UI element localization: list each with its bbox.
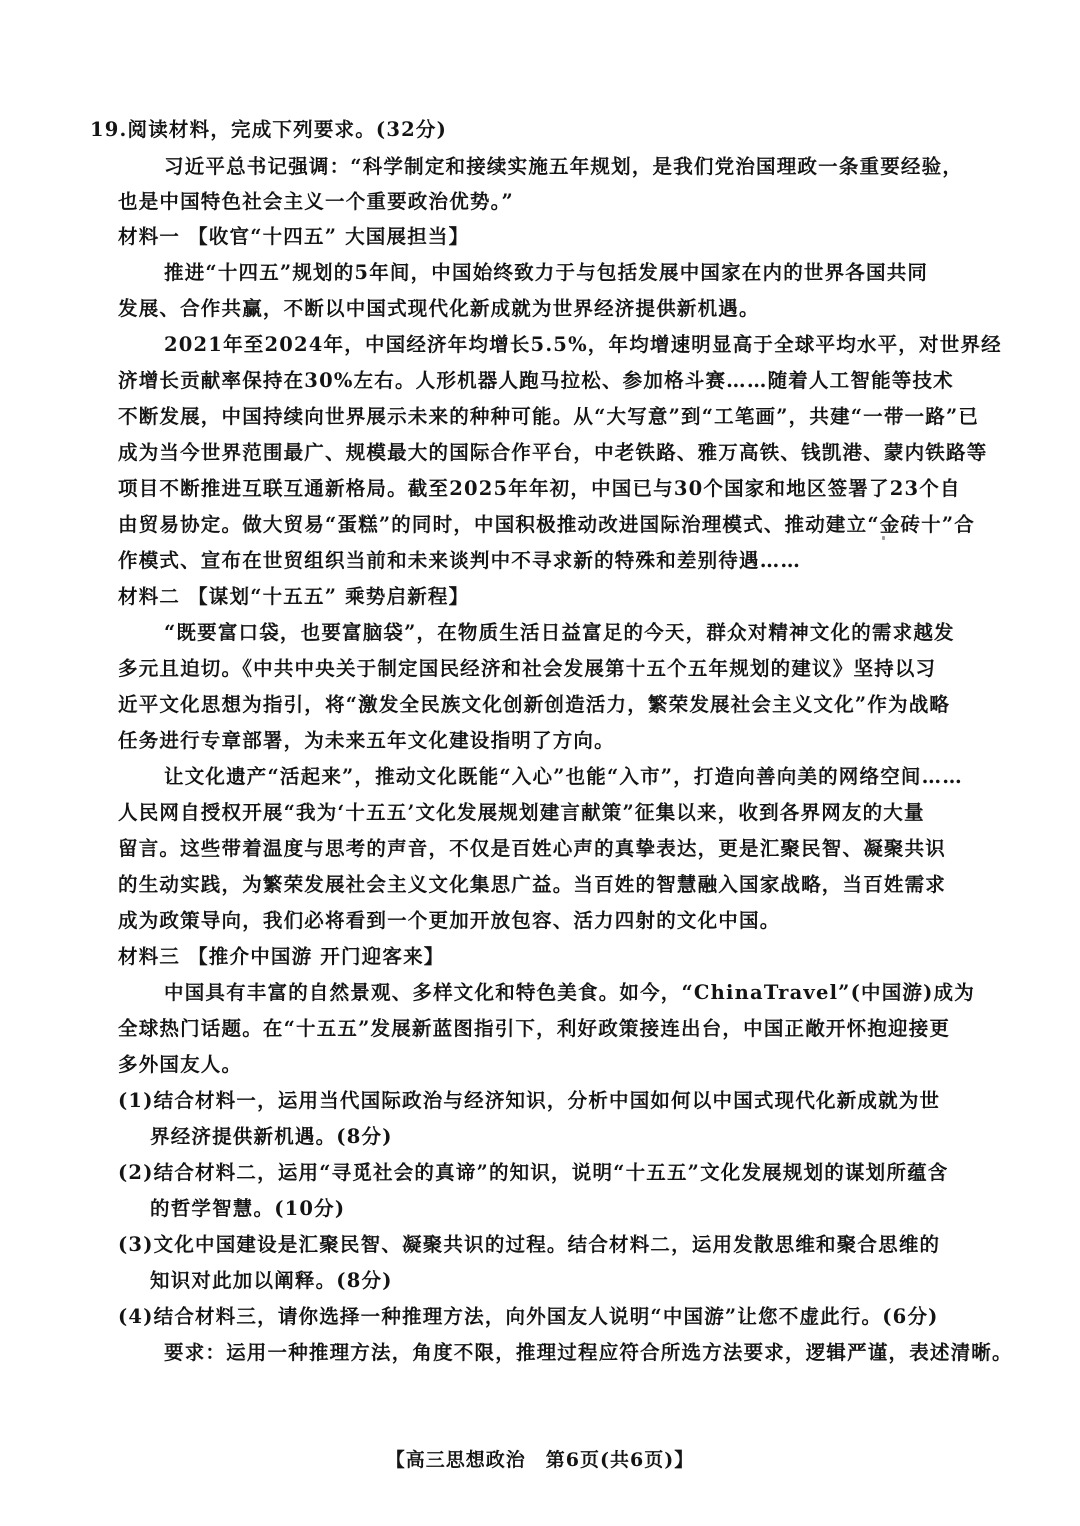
task-4: (4)结合材料三，请你选择一种推理方法，向外国友人说明“中国游”让您不虚此行。(… xyxy=(118,1303,939,1331)
task-2: (2)结合材料二，运用“寻觅社会的真谛”的知识，说明“十五五”文化发展规划的谋划… xyxy=(118,1159,949,1187)
material-3-line: 中国具有丰富的自然景观、多样文化和特色美食。如今，“ChinaTravel”(中… xyxy=(164,979,975,1007)
material-1-line: 不断发展，中国持续向世界展示未来的种种可能。从“大写意”到“工笔画”，共建“一带… xyxy=(118,403,979,431)
material-2-line: 人民网自授权开展“我为‘十五五’文化发展规划建言献策”征集以来，收到各界网友的大… xyxy=(118,799,925,827)
material-1-line: 推进“十四五”规划的5年间，中国始终致力于与包括发展中国家在内的世界各国共同 xyxy=(164,259,928,287)
material-3-heading: 材料三 【推介中国游 开门迎客来】 xyxy=(118,943,444,971)
task-2-cont: 的哲学智慧。(10分) xyxy=(150,1195,345,1223)
material-1-line: 成为当今世界范围最广、规模最大的国际合作平台，中老铁路、雅万高铁、钱凯港、蒙内铁… xyxy=(118,439,987,467)
material-2-line: 的生动实践，为繁荣发展社会主义文化集思广益。当百姓的智慧融入国家战略，当百姓需求 xyxy=(118,871,946,899)
material-2-heading: 材料二 【谋划“十五五” 乘势启新程】 xyxy=(118,583,469,611)
material-1-line: 济增长贡献率保持在30%左右。人形机器人跑马拉松、参加格斗赛……随着人工智能等技… xyxy=(118,367,954,395)
question-title: 19.阅读材料，完成下列要求。(32分) xyxy=(90,116,447,144)
scan-speck xyxy=(882,536,885,540)
exam-page: 19.阅读材料，完成下列要求。(32分) 习近平总书记强调：“科学制定和接续实施… xyxy=(0,0,1080,1526)
task-3-cont: 知识对此加以阐释。(8分) xyxy=(150,1267,393,1295)
material-2-line: 让文化遗产“活起来”，推动文化既能“入心”也能“入市”，打造向善向美的网络空间…… xyxy=(164,763,963,791)
material-2-line: 成为政策导向，我们必将看到一个更加开放包容、活力四射的文化中国。 xyxy=(118,907,780,935)
task-3: (3)文化中国建设是汇聚民智、凝聚共识的过程。结合材料二，运用发散思维和聚合思维… xyxy=(118,1231,940,1259)
material-3-line: 全球热门话题。在“十五五”发展新蓝图指引下，利好政策接连出台，中国正敞开怀抱迎接… xyxy=(118,1015,950,1043)
material-2-line: “既要富口袋，也要富脑袋”，在物质生活日益富足的今天，群众对精神文化的需求越发 xyxy=(164,619,955,647)
requirement: 要求：运用一种推理方法，角度不限，推理过程应符合所选方法要求，逻辑严谨，表述清晰… xyxy=(164,1339,1013,1367)
material-1-line: 项目不断推进互联互通新格局。截至2025年年初，中国已与30个国家和地区签署了2… xyxy=(118,475,961,503)
material-1-line: 发展、合作共赢，不断以中国式现代化新成就为世界经济提供新机遇。 xyxy=(118,295,760,323)
task-1-cont: 界经济提供新机遇。(8分) xyxy=(150,1123,393,1151)
intro-line-2: 也是中国特色社会主义一个重要政治优势。” xyxy=(118,188,514,216)
page-footer: 【高三思想政治 第6页(共6页)】 xyxy=(0,1445,1080,1472)
intro-line-1: 习近平总书记强调：“科学制定和接续实施五年规划，是我们党治国理政一条重要经验， xyxy=(164,153,963,181)
material-3-line: 多外国友人。 xyxy=(118,1051,242,1079)
task-1: (1)结合材料一，运用当代国际政治与经济知识，分析中国如何以中国式现代化新成就为… xyxy=(118,1087,940,1115)
material-1-line: 作模式、宣布在世贸组织当前和未来谈判中不寻求新的特殊和差别待遇…… xyxy=(118,547,801,575)
material-2-line: 任务进行专章部署，为未来五年文化建设指明了方向。 xyxy=(118,727,615,755)
material-2-line: 近平文化思想为指引，将“激发全民族文化创新创造活力，繁荣发展社会主义文化”作为战… xyxy=(118,691,950,719)
material-1-line: 由贸易协定。做大贸易“蛋糕”的同时，中国积极推动改进国际治理模式、推动建立“金砖… xyxy=(118,511,975,539)
material-2-line: 留言。这些带着温度与思考的声音，不仅是百姓心声的真挚表达，更是汇聚民智、凝聚共识 xyxy=(118,835,946,863)
material-1-line: 2021年至2024年，中国经济年均增长5.5%，年均增速明显高于全球平均水平，… xyxy=(164,331,1002,359)
material-1-heading: 材料一 【收官“十四五” 大国展担当】 xyxy=(118,223,469,251)
material-2-line: 多元且迫切。《中共中央关于制定国民经济和社会发展第十五个五年规划的建议》坚持以习 xyxy=(118,655,936,683)
